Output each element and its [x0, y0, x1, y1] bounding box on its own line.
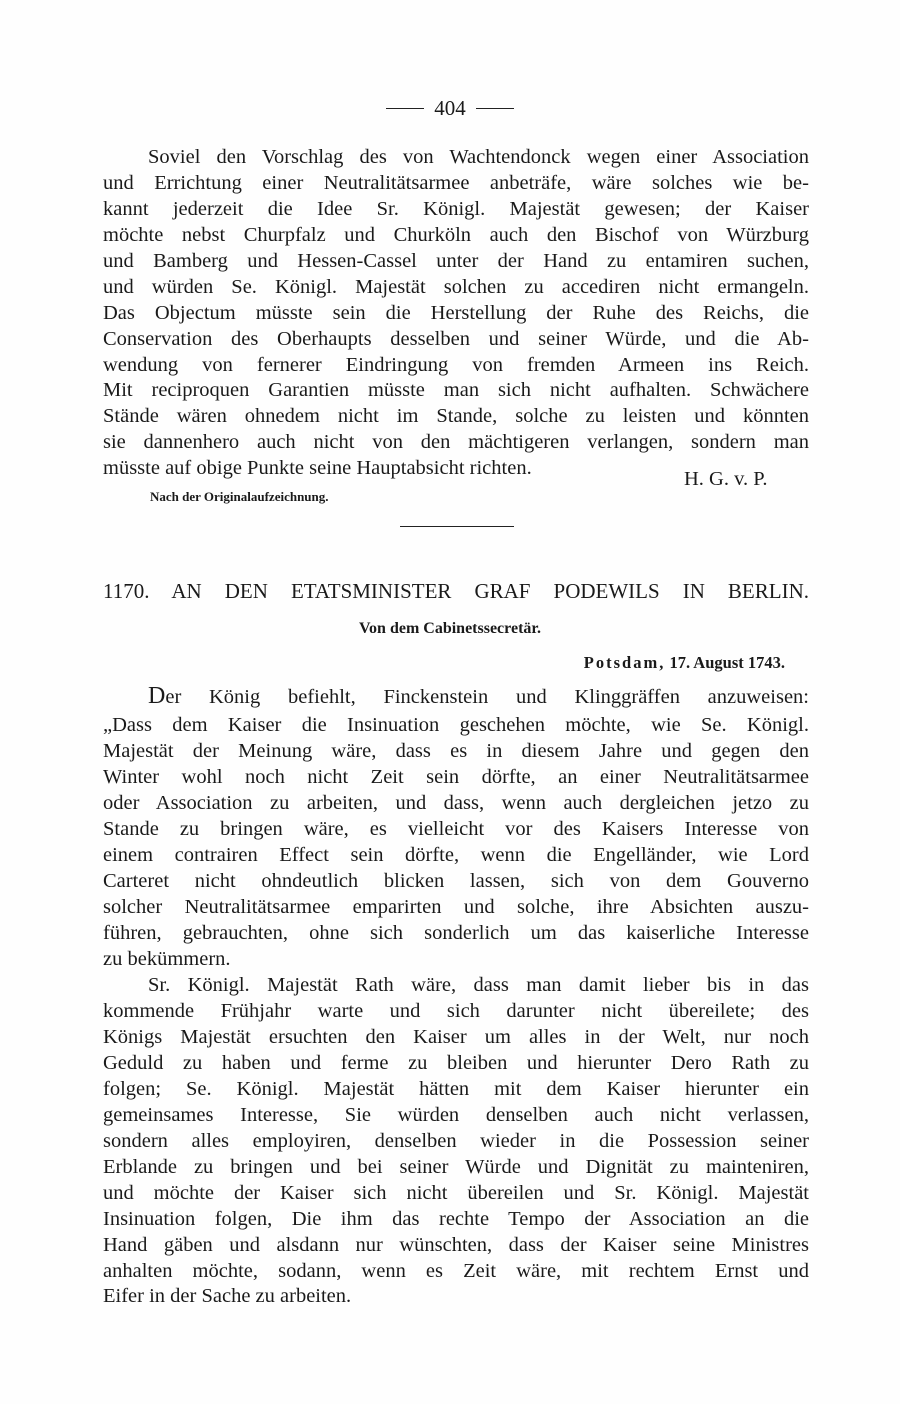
text-line: einem contrairen Effect sein dörfte, wen… [103, 842, 809, 868]
text-line: Majestät der Meinung wäre, dass es in di… [103, 738, 809, 764]
letter-place: Potsdam, [584, 653, 666, 672]
text-line: sondern alles employiren, denselben wied… [103, 1128, 809, 1154]
text-line: und Errichtung einer Neutralitätsarmee a… [103, 170, 809, 196]
text-line: und würden Se. Königl. Majestät solchen … [103, 274, 809, 300]
text-line: folgen; Se. Königl. Majestät hätten mit … [103, 1076, 809, 1102]
text-line: Geduld zu haben und ferme zu bleiben und… [103, 1050, 809, 1076]
text-line: zu bekümmern. [103, 946, 809, 972]
text-line: Conservation des Oberhaupts desselben un… [103, 326, 809, 352]
text-line: Mit reciproquen Garantien müsste man sic… [103, 377, 809, 403]
text-line: Der König befiehlt, Finckenstein und Kli… [148, 683, 809, 710]
text-line: sie dannenhero auch nicht von den mächti… [103, 429, 809, 455]
header-dash-left [386, 108, 424, 109]
page-number: 404 [434, 96, 466, 120]
letter-sender: Von dem Cabinetssecretär. [0, 619, 900, 639]
signature: H. G. v. P. [684, 466, 768, 492]
text-line: kommende Frühjahr warte und sich darunte… [103, 998, 809, 1024]
text-line: Stände wären ohnedem nicht im Stande, so… [103, 403, 809, 429]
letter-date: 17. August 1743. [669, 653, 785, 672]
text-line: führen, gebrauchten, ohne sich sonderlic… [103, 920, 809, 946]
letter-title: AN DEN ETATSMINISTER GRAF PODEWILS IN BE… [171, 579, 809, 603]
text-line: Hand gäben und alsdann nur wünschten, da… [103, 1232, 809, 1258]
text-line: gemeinsames Interesse, Sie würden densel… [103, 1102, 809, 1128]
text-line: „Dass dem Kaiser die Insinuation gescheh… [103, 712, 809, 738]
text-line: Soviel den Vorschlag des von Wachtendonc… [148, 144, 809, 170]
text-line: Winter wohl noch nicht Zeit sein dörfte,… [103, 764, 809, 790]
letter-dateline: Potsdam, 17. August 1743. [584, 652, 785, 674]
text-line: Eifer in der Sache zu arbeiten. [103, 1283, 809, 1309]
text-line: und möchte der Kaiser sich nicht übereil… [103, 1180, 809, 1206]
text-line: Das Objectum müsste sein die Herstellung… [103, 300, 809, 326]
page-header: 404 [0, 96, 900, 120]
text-line: Insinuation folgen, Die ihm das rechte T… [103, 1206, 809, 1232]
text-line: Carteret nicht ohndeutlich blicken lasse… [103, 868, 809, 894]
text-line: Königs Majestät ersuchten den Kaiser um … [103, 1024, 809, 1050]
drop-initial: D [148, 683, 165, 709]
text-line: und Bamberg und Hessen-Cassel unter der … [103, 248, 809, 274]
text-line: Stande zu bringen wäre, es vielleicht vo… [103, 816, 809, 842]
text-line-rest: er König befiehlt, Finckenstein und Klin… [165, 686, 809, 708]
text-line: Erblande zu bringen und bei seiner Würde… [103, 1154, 809, 1180]
letter-heading: 1170. AN DEN ETATSMINISTER GRAF PODEWILS… [103, 578, 809, 604]
text-line: wendung von fernerer Eindringung von fre… [103, 352, 809, 378]
text-line: Sr. Königl. Majestät Rath wäre, dass man… [148, 972, 809, 998]
text-line: anhalten möchte, sodann, wenn es Zeit wä… [103, 1258, 809, 1284]
text-line: solcher Neutralitätsarmee emparirten und… [103, 894, 809, 920]
text-line: möchte nebst Churpfalz und Churköln auch… [103, 222, 809, 248]
header-dash-right [476, 108, 514, 109]
source-note: Nach der Originalaufzeichnung. [150, 489, 329, 505]
text-line: kannt jederzeit die Idee Sr. Königl. Maj… [103, 196, 809, 222]
letter-number: 1170. [103, 579, 149, 603]
text-line: oder Association zu arbeiten, und dass, … [103, 790, 809, 816]
section-divider [400, 526, 514, 527]
document-page: 404 Soviel den Vorschlag des von Wachten… [0, 0, 900, 1404]
